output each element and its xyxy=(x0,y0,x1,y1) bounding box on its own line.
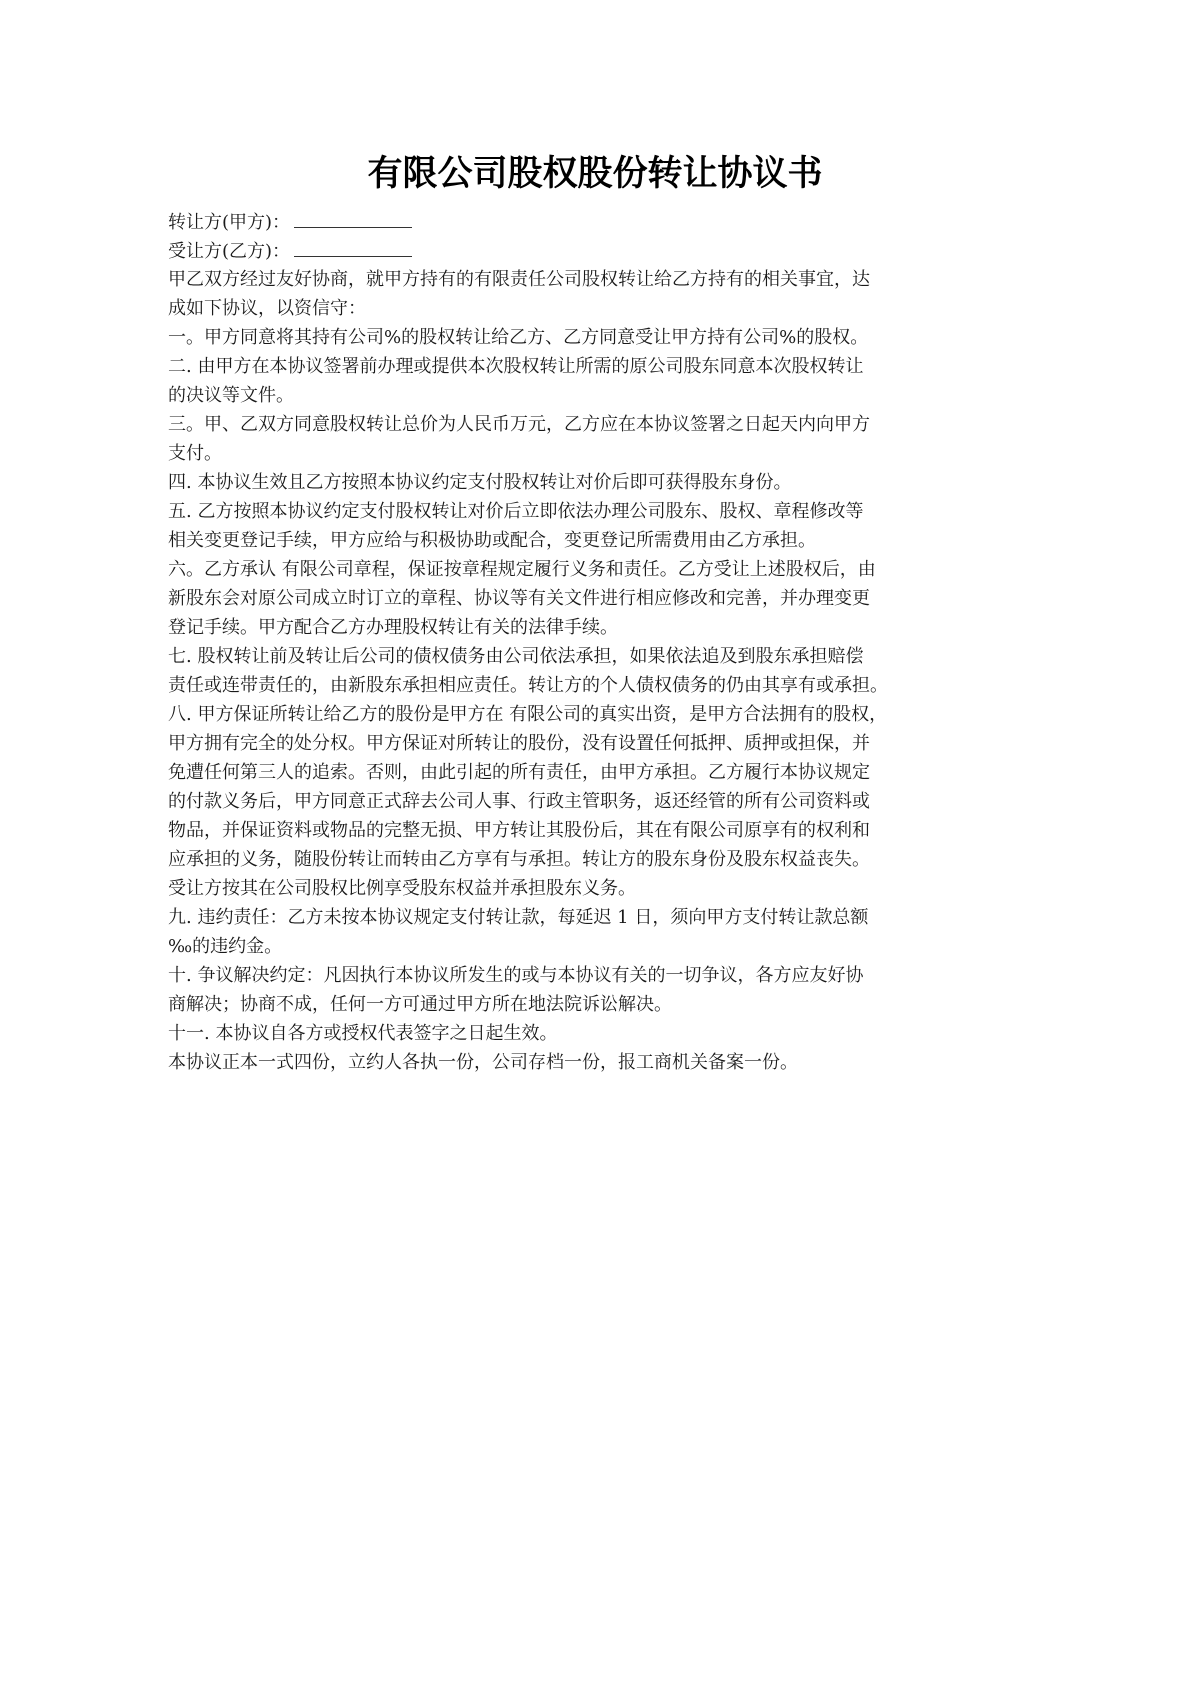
clause-8: 八. 甲方保证所转让给乙方的股份是甲方在 有限公司的真实出资，是甲方合法拥有的股… xyxy=(168,700,1028,729)
transferee-blank-field xyxy=(294,236,412,257)
body-line: 免遭任何第三人的追索。否则，由此引起的所有责任，由甲方承担。乙方履行本协议规定 xyxy=(168,758,1028,787)
transferor-label: 转让方(甲方)： xyxy=(168,212,290,233)
body-line: 甲乙双方经过友好协商，就甲方持有的有限责任公司股权转让给乙方持有的相关事宜，达 xyxy=(168,265,1028,294)
transferor-blank-field xyxy=(294,207,412,228)
body-line: 登记手续。甲方配合乙方办理股权转让有关的法律手续。 xyxy=(168,613,1028,642)
body-line: 商解决；协商不成，任何一方可通过甲方所在地法院诉讼解决。 xyxy=(168,990,1028,1019)
closing-line: 本协议正本一式四份，立约人各执一份，公司存档一份，报工商机关备案一份。 xyxy=(168,1048,1028,1077)
body-line: 受让方按其在公司股权比例享受股东权益并承担股东义务。 xyxy=(168,874,1028,903)
clause-7: 七. 股权转让前及转让后公司的债权债务由公司依法承担，如果依法追及到股东承担赔偿 xyxy=(168,642,1028,671)
body-line: 相关变更登记手续，甲方应给与积极协助或配合，变更登记所需费用由乙方承担。 xyxy=(168,526,1028,555)
body-line: 应承担的义务，随股份转让而转由乙方享有与承担。转让方的股东身份及股东权益丧失。 xyxy=(168,845,1028,874)
clause-1: 一。甲方同意将其持有公司%的股权转让给乙方、乙方同意受让甲方持有公司%的股权。 xyxy=(168,323,1028,352)
transferee-line: 受让方(乙方)： xyxy=(168,236,1028,265)
transferor-line: 转让方(甲方)： xyxy=(168,207,1028,236)
body-line: 甲方拥有完全的处分权。甲方保证对所转让的股份，没有设置任何抵押、质押或担保，并 xyxy=(168,729,1028,758)
body-line: 支付。 xyxy=(168,439,1028,468)
body-line: 的付款义务后，甲方同意正式辞去公司人事、行政主管职务，返还经管的所有公司资料或 xyxy=(168,787,1028,816)
clause-3: 三。甲、乙双方同意股权转让总价为人民币万元，乙方应在本协议签署之日起天内向甲方 xyxy=(168,410,1028,439)
document-page: 有限公司股权股份转让协议书 转让方(甲方)： 受让方(乙方)： 甲乙双方经过友好… xyxy=(168,150,1028,1077)
clause-2: 二. 由甲方在本协议签署前办理或提供本次股权转让所需的原公司股东同意本次股权转让 xyxy=(168,352,1028,381)
body-line: 新股东会对原公司成立时订立的章程、协议等有关文件进行相应修改和完善，并办理变更 xyxy=(168,584,1028,613)
clause-5: 五. 乙方按照本协议约定支付股权转让对价后立即依法办理公司股东、股权、章程修改等 xyxy=(168,497,1028,526)
clause-10: 十. 争议解决约定：凡因执行本协议所发生的或与本协议有关的一切争议，各方应友好协 xyxy=(168,961,1028,990)
body-line: 的决议等文件。 xyxy=(168,381,1028,410)
agreement-body: 甲乙双方经过友好协商，就甲方持有的有限责任公司股权转让给乙方持有的相关事宜，达 … xyxy=(168,265,1028,1077)
clause-6: 六。乙方承认 有限公司章程，保证按章程规定履行义务和责任。乙方受让上述股权后，由 xyxy=(168,555,1028,584)
clause-9: 九. 违约责任：乙方未按本协议规定支付转让款，每延迟 1 日，须向甲方支付转让款… xyxy=(168,903,1028,932)
body-line: ‰的违约金。 xyxy=(168,932,1028,961)
body-line: 成如下协议，以资信守： xyxy=(168,294,1028,323)
clause-11: 十一. 本协议自各方或授权代表签字之日起生效。 xyxy=(168,1019,1028,1048)
body-line: 物品，并保证资料或物品的完整无损、甲方转让其股份后，其在有限公司原享有的权利和 xyxy=(168,816,1028,845)
body-line: 责任或连带责任的，由新股东承担相应责任。转让方的个人债权债务的仍由其享有或承担。 xyxy=(168,671,1028,700)
transferee-label: 受让方(乙方)： xyxy=(168,241,290,262)
document-title: 有限公司股权股份转让协议书 xyxy=(0,150,1190,198)
clause-4: 四. 本协议生效且乙方按照本协议约定支付股权转让对价后即可获得股东身份。 xyxy=(168,468,1028,497)
